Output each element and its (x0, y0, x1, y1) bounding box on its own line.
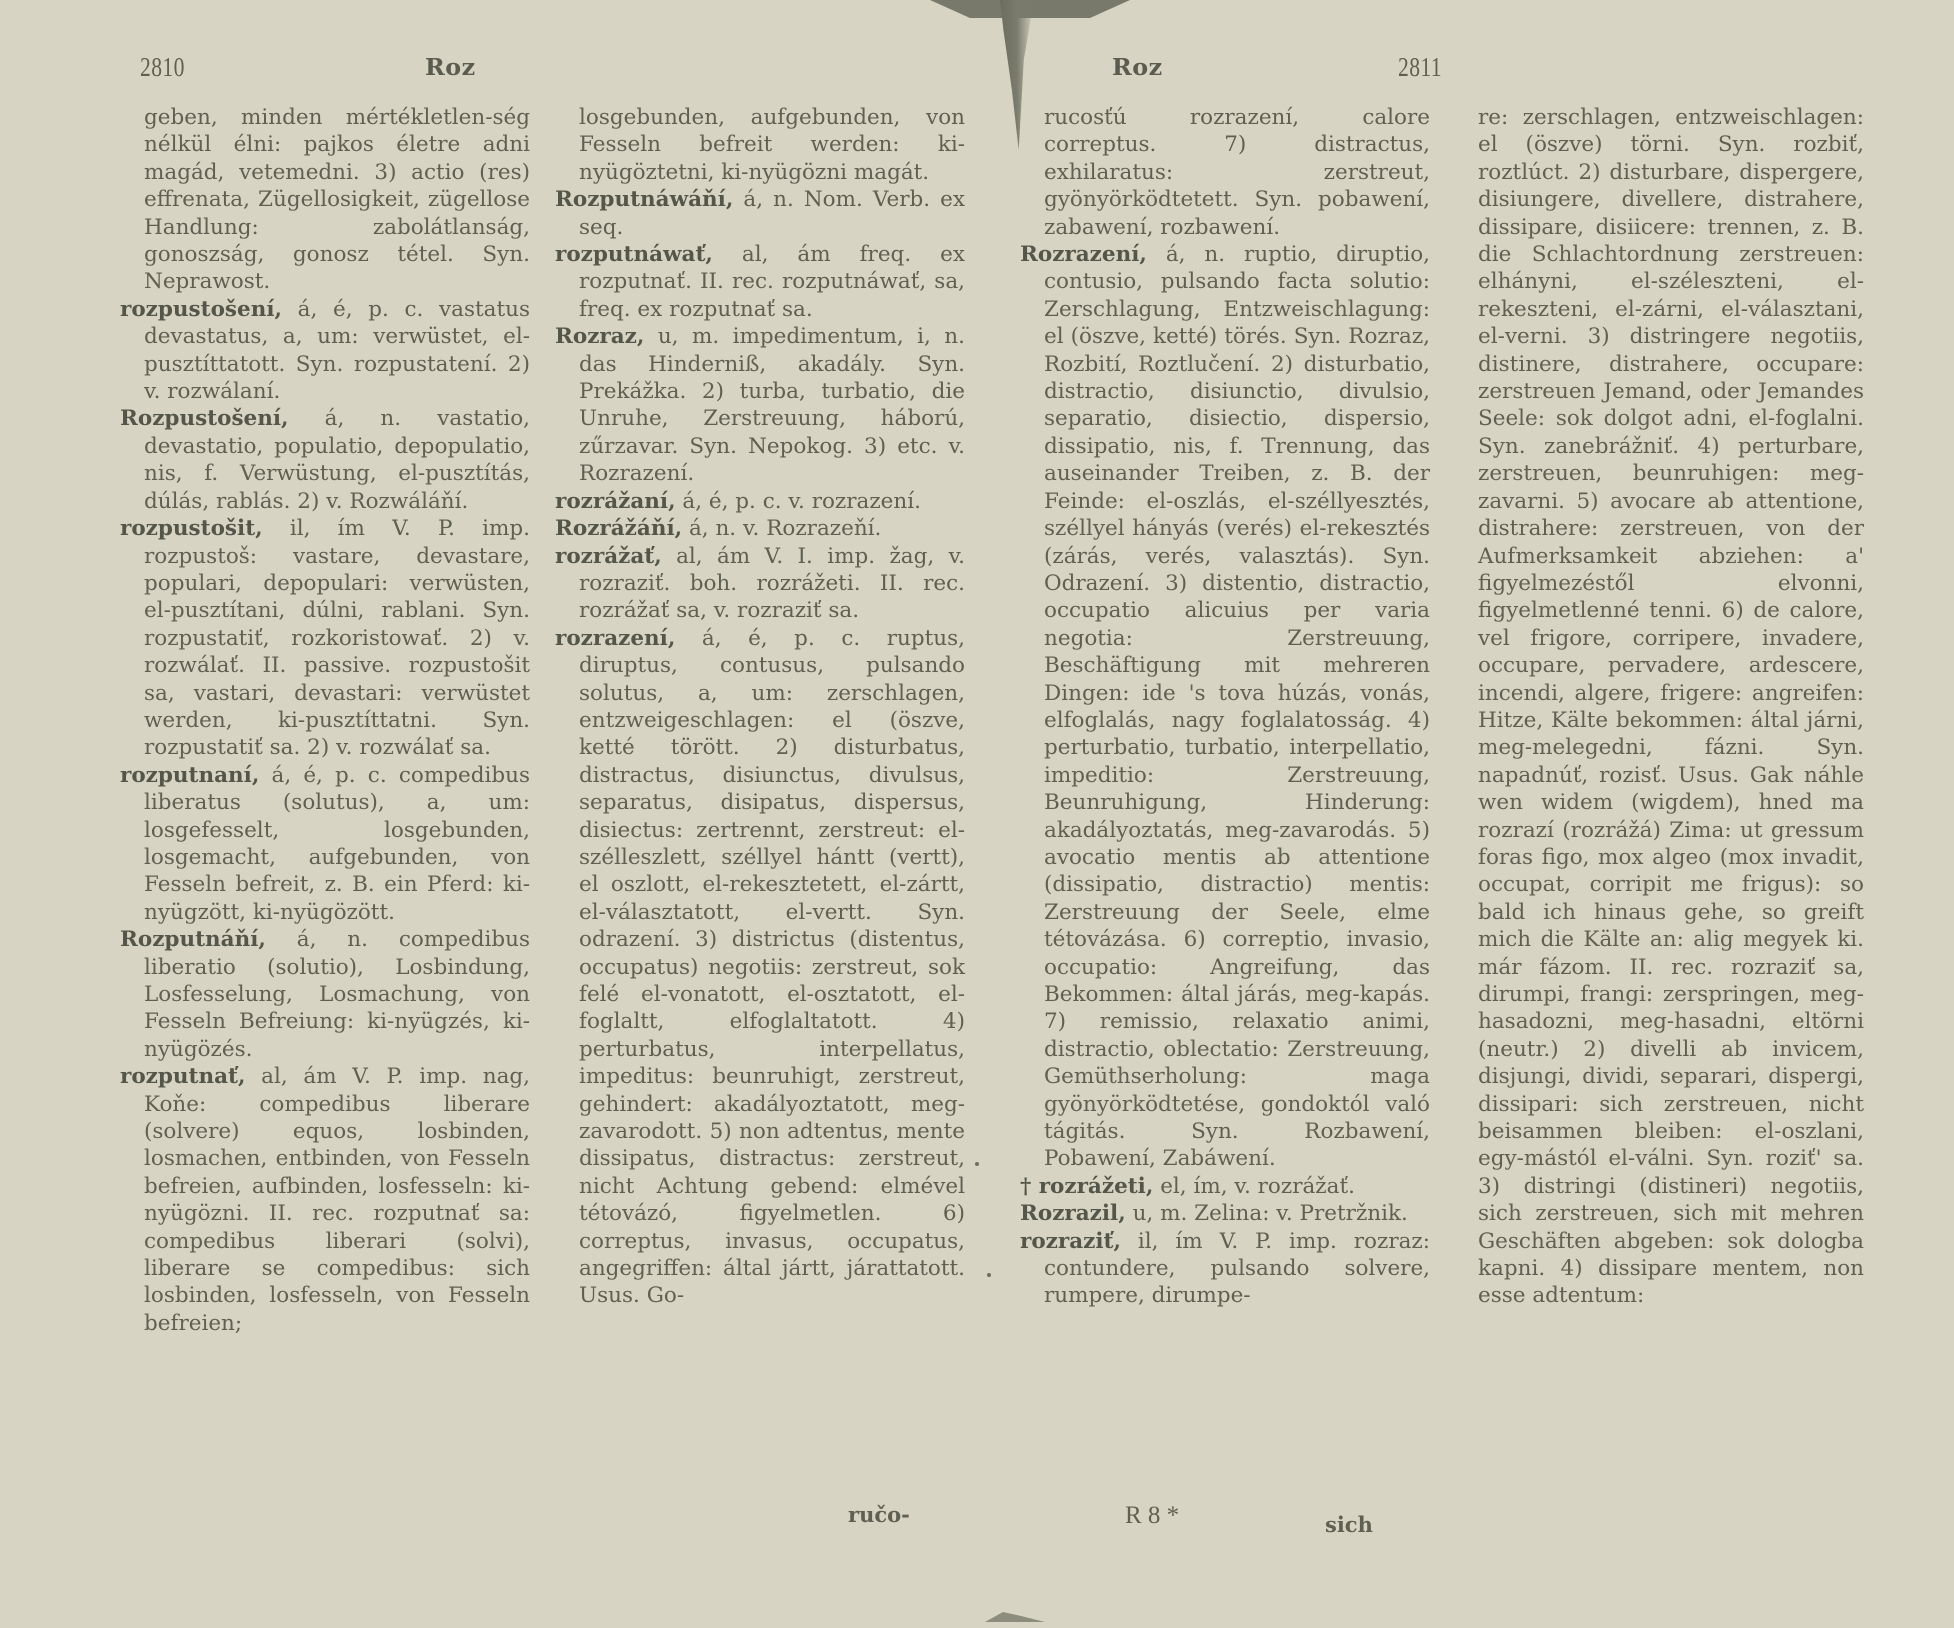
headword: rozraziť, (1020, 1229, 1121, 1254)
entry-continuation: re: zerschlagen, entzweischlagen: el (ös… (1454, 104, 1864, 1310)
running-head: Roz (425, 52, 476, 81)
entry-continuation: rucosťú rozrazení, calore correptus. 7) … (1020, 104, 1430, 241)
definition-text: el, ím, v. rozrážať. (1160, 1174, 1355, 1199)
definition-text: losgebunden, aufgebunden, von Fesseln be… (579, 105, 965, 185)
dictionary-entry: Rozrážáňí, á, n. v. Rozrazeňí. (555, 515, 965, 542)
dictionary-entry: rozputnáwať, al, ám freq. ex rozputnať. … (555, 241, 965, 323)
dictionary-entry: rozrážať, al, ám V. I. imp. žag, v. rozr… (555, 543, 965, 625)
headword: † rozrážeti, (1020, 1174, 1153, 1199)
dictionary-entry: Rozputnáwáňí, á, n. Nom. Verb. ex seq. (555, 186, 965, 241)
dictionary-entry: rozrazení, á, é, p. c. ruptus, diruptus,… (555, 625, 965, 1310)
headword: rozrazení, (555, 626, 675, 651)
definition-text: rucosťú rozrazení, calore correptus. 7) … (1044, 105, 1430, 240)
definition-text: á, é, p. c. ruptus, diruptus, contusus, … (579, 626, 965, 1309)
definition-text: á, n. v. Rozrazeňí. (689, 516, 881, 541)
definition-text: á, n. ruptio, diruptio, contusio, pulsan… (1044, 242, 1430, 1171)
dictionary-entry: Rozputnáňí, á, n. compedibus liberatio (… (120, 926, 530, 1063)
dictionary-entry: rozraziť, il, ím V. P. imp. rozraz: cont… (1020, 1228, 1430, 1310)
ink-speck (987, 1273, 991, 1277)
headword: rozrážať, (555, 544, 662, 569)
definition-text: al, ám V. P. imp. nag, Koňe: compedibus … (144, 1064, 530, 1336)
dictionary-entry: rozrážaní, á, é, p. c. v. rozrazení. (555, 488, 965, 515)
catchword: sich (1325, 1512, 1373, 1537)
headword: Rozputnáwáňí, (555, 187, 733, 212)
dictionary-entry: † rozrážeti, el, ím, v. rozrážať. (1020, 1173, 1430, 1200)
definition-text: geben, minden mértékletlen-ség nélkül él… (144, 105, 530, 294)
definition-text: á, é, p. c. v. rozrazení. (682, 489, 921, 514)
page-number: 2811 (1398, 52, 1453, 83)
definition-text: il, ím V. P. imp. rozpustoš: vastare, de… (144, 516, 530, 760)
running-head-text: Roz (425, 53, 476, 81)
page-number: 2810 (140, 52, 196, 83)
book-spread: 2810 Roz geben, minden mértékletlen-ség … (0, 0, 1954, 1628)
headword: Rozrazil, (1020, 1201, 1126, 1226)
running-head-text: Roz (1112, 53, 1163, 81)
definition-text: re: zerschlagen, entzweischlagen: el (ös… (1478, 105, 1864, 1308)
column-2: losgebunden, aufgebunden, von Fesseln be… (555, 104, 965, 1310)
entry-continuation: losgebunden, aufgebunden, von Fesseln be… (555, 104, 965, 186)
dictionary-entry: rozputnaní, á, é, p. c. compedibus liber… (120, 762, 530, 926)
running-head: Roz (1112, 52, 1163, 81)
page-number-text: 2810 (140, 52, 185, 83)
headword: rozrážaní, (555, 489, 676, 514)
headword: rozputnáwať, (555, 242, 713, 267)
left-page: 2810 Roz geben, minden mértékletlen-ség … (0, 0, 1000, 1628)
headword: Rozputnáňí, (120, 927, 266, 952)
column-1: geben, minden mértékletlen-ség nélkül él… (120, 104, 530, 1337)
definition-text: u, m. Zelina: v. Pretržnik. (1133, 1201, 1408, 1226)
headword: Rozraz, (555, 324, 644, 349)
entry-continuation: geben, minden mértékletlen-ség nélkül él… (120, 104, 530, 296)
headword: Rozpustošení, (120, 406, 289, 431)
headword: rozpustošit, (120, 516, 263, 541)
dictionary-entry: Rozpustošení, á, n. vastatio, devastatio… (120, 405, 530, 515)
headword: rozpustošení, (120, 297, 282, 322)
signature-mark: R 8 * (1125, 1502, 1179, 1530)
column-3: rucosťú rozrazení, calore correptus. 7) … (1020, 104, 1430, 1310)
dictionary-entry: Rozrazení, á, n. ruptio, diruptio, contu… (1020, 241, 1430, 1173)
headword: rozputnaní, (120, 763, 259, 788)
dictionary-entry: rozpustošení, á, é, p. c. vastatus devas… (120, 296, 530, 406)
catchword: ručo- (848, 1502, 910, 1527)
right-page: Roz 2811 rucosťú rozrazení, calore corre… (1000, 0, 1954, 1628)
headword: Rozrazení, (1020, 242, 1147, 267)
dictionary-entry: rozputnať, al, ám V. P. imp. nag, Koňe: … (120, 1063, 530, 1337)
page-number-text: 2811 (1398, 52, 1442, 83)
column-4: re: zerschlagen, entzweischlagen: el (ös… (1454, 104, 1864, 1310)
dictionary-entry: Rozraz, u, m. impedimentum, i, n. das Hi… (555, 323, 965, 487)
headword: rozputnať, (120, 1064, 245, 1089)
dictionary-entry: Rozrazil, u, m. Zelina: v. Pretržnik. (1020, 1200, 1430, 1227)
headword: Rozrážáňí, (555, 516, 682, 541)
dictionary-entry: rozpustošit, il, ím V. P. imp. rozpustoš… (120, 515, 530, 762)
ink-speck (975, 1162, 979, 1166)
